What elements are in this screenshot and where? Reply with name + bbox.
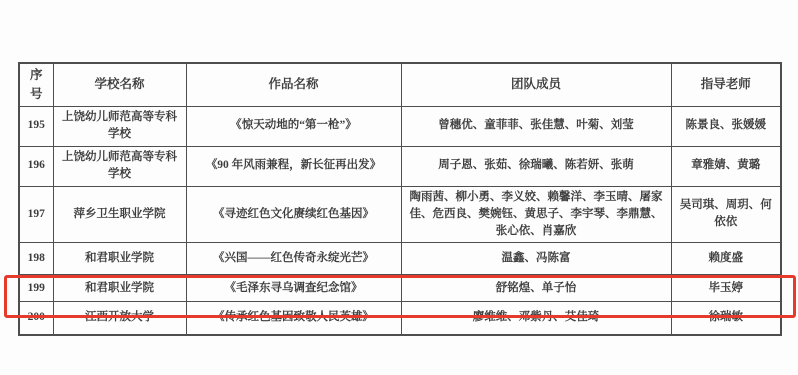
cell-school: 和君职业学院: [53, 275, 186, 302]
cell-school: 和君职业学院: [53, 243, 186, 275]
cell-work: 《惊天动地的“第一枪”》: [186, 106, 401, 146]
cell-work: 《毛泽东寻乌调查纪念馆》: [186, 275, 401, 302]
cell-team: 舒铭煌、单子怡: [401, 275, 671, 302]
header-serial: 序号: [19, 63, 53, 106]
header-teachers: 指导老师: [671, 63, 781, 106]
cell-teachers: 吴司琪、周玥、何依依: [671, 186, 781, 243]
table-header-row: 序号 学校名称 作品名称 团队成员 指导老师: [19, 63, 781, 106]
cell-teachers: 章雅婧、黄璐: [671, 146, 781, 186]
header-work: 作品名称: [186, 63, 401, 106]
cell-serial: 195: [19, 106, 53, 146]
cell-team: 曾穗优、童菲菲、张佳慧、叶菊、刘莹: [401, 106, 671, 146]
cell-teachers: 陈景良、张媛媛: [671, 106, 781, 146]
cell-team: 廖维维、邓紫丹、艾佳琦: [401, 302, 671, 335]
cell-serial: 199: [19, 275, 53, 302]
cell-school: 上饶幼儿师范高等专科学校: [53, 146, 186, 186]
cell-work: 《传承红色基因致敬人民英雄》: [186, 302, 401, 335]
header-team: 团队成员: [401, 63, 671, 106]
cell-teachers: 徐瑞敏: [671, 302, 781, 335]
table-row: 199 和君职业学院 《毛泽东寻乌调查纪念馆》 舒铭煌、单子怡 毕玉婷: [19, 275, 781, 302]
cell-school: 江西开放大学: [53, 302, 186, 335]
cell-work: 《90 年风雨兼程，新长征再出发》: [186, 146, 401, 186]
cell-serial: 198: [19, 243, 53, 275]
cell-school: 上饶幼儿师范高等专科学校: [53, 106, 186, 146]
cell-team: 温鑫、冯陈富: [401, 243, 671, 275]
cell-serial: 200: [19, 302, 53, 335]
table-row: 197 萍乡卫生职业学院 《寻迹红色文化赓续红色基因》 陶雨茜、柳小勇、李义姣、…: [19, 186, 781, 243]
table-row: 195 上饶幼儿师范高等专科学校 《惊天动地的“第一枪”》 曾穗优、童菲菲、张佳…: [19, 106, 781, 146]
cell-serial: 197: [19, 186, 53, 243]
cell-teachers: 赖度盛: [671, 243, 781, 275]
cell-team: 周子恩、张茹、徐瑞曦、陈若妍、张萌: [401, 146, 671, 186]
cell-team: 陶雨茜、柳小勇、李义姣、赖馨洋、李玉晴、屠家佳、危西良、樊婉钰、黄思子、李宇琴、…: [401, 186, 671, 243]
cell-teachers: 毕玉婷: [671, 275, 781, 302]
table-row: 198 和君职业学院 《兴国——红色传奇永绽光芒》 温鑫、冯陈富 赖度盛: [19, 243, 781, 275]
table-row: 196 上饶幼儿师范高等专科学校 《90 年风雨兼程，新长征再出发》 周子恩、张…: [19, 146, 781, 186]
results-table: 序号 学校名称 作品名称 团队成员 指导老师 195 上饶幼儿师范高等专科学校 …: [18, 62, 782, 336]
document-page: 序号 学校名称 作品名称 团队成员 指导老师 195 上饶幼儿师范高等专科学校 …: [0, 0, 798, 375]
cell-serial: 196: [19, 146, 53, 186]
cell-work: 《兴国——红色传奇永绽光芒》: [186, 243, 401, 275]
header-school: 学校名称: [53, 63, 186, 106]
cell-school: 萍乡卫生职业学院: [53, 186, 186, 243]
table-row-highlighted: 200 江西开放大学 《传承红色基因致敬人民英雄》 廖维维、邓紫丹、艾佳琦 徐瑞…: [19, 302, 781, 335]
cell-work: 《寻迹红色文化赓续红色基因》: [186, 186, 401, 243]
